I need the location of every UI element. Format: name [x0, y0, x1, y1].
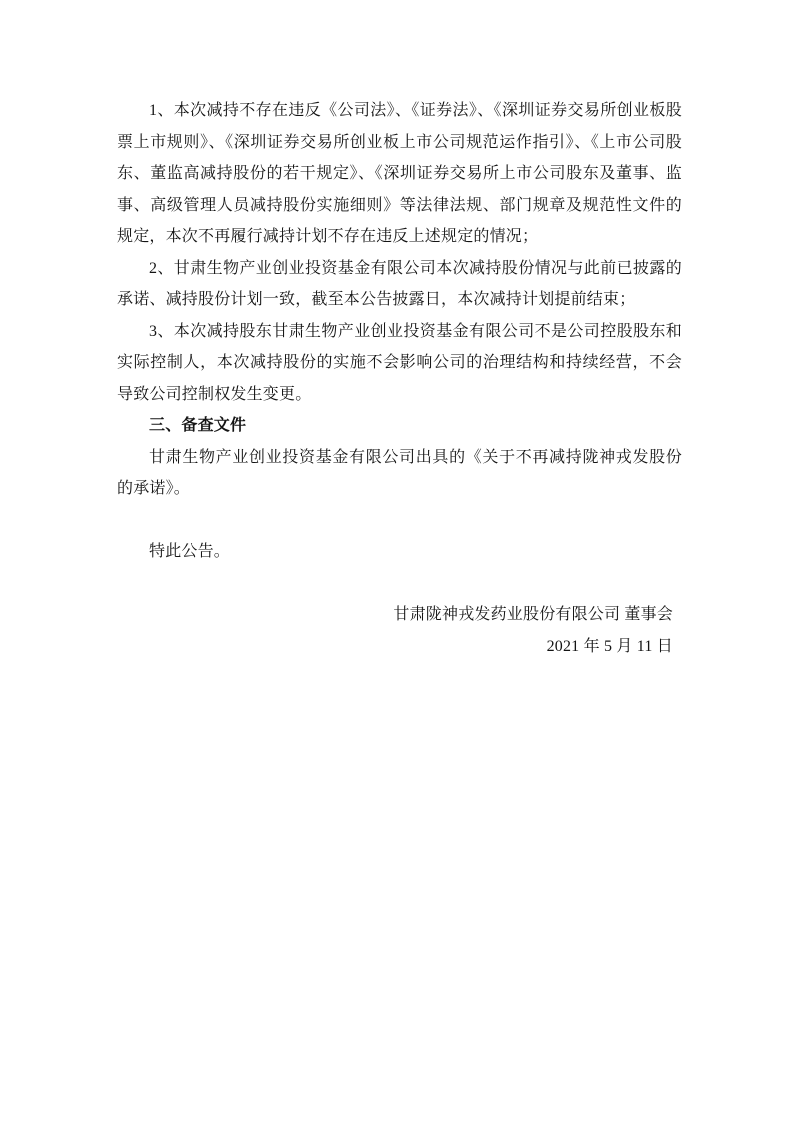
- paragraph-disclosure-consistency: 2、甘肃生物产业创业投资基金有限公司本次减持股份情况与此前已披露的承诺、减持股份…: [117, 253, 682, 316]
- signature-block: 甘肃陇神戎发药业股份有限公司 董事会 2021 年 5 月 11 日: [117, 599, 682, 662]
- announcement-page: 1、本次减持不存在违反《公司法》、《证券法》、《深圳证券交易所创业板股票上市规则…: [0, 0, 793, 1122]
- paragraph-control-impact: 3、本次减持股东甘肃生物产业创业投资基金有限公司不是公司控股股东和实际控制人，本…: [117, 316, 682, 411]
- announcement-text-block: 1、本次减持不存在违反《公司法》、《证券法》、《深圳证券交易所创业板股票上市规则…: [117, 95, 682, 662]
- paragraph-compliance-statement: 1、本次减持不存在违反《公司法》、《证券法》、《深圳证券交易所创业板股票上市规则…: [117, 95, 682, 253]
- closing-statement: 特此公告。: [117, 536, 682, 568]
- signature-date-line: 2021 年 5 月 11 日: [117, 631, 673, 663]
- section-heading-reference-documents: 三、备查文件: [117, 410, 682, 442]
- signature-company-line: 甘肃陇神戎发药业股份有限公司 董事会: [117, 599, 673, 631]
- paragraph-reference-document: 甘肃生物产业创业投资基金有限公司出具的《关于不再减持陇神戎发股份的承诺》。: [117, 442, 682, 505]
